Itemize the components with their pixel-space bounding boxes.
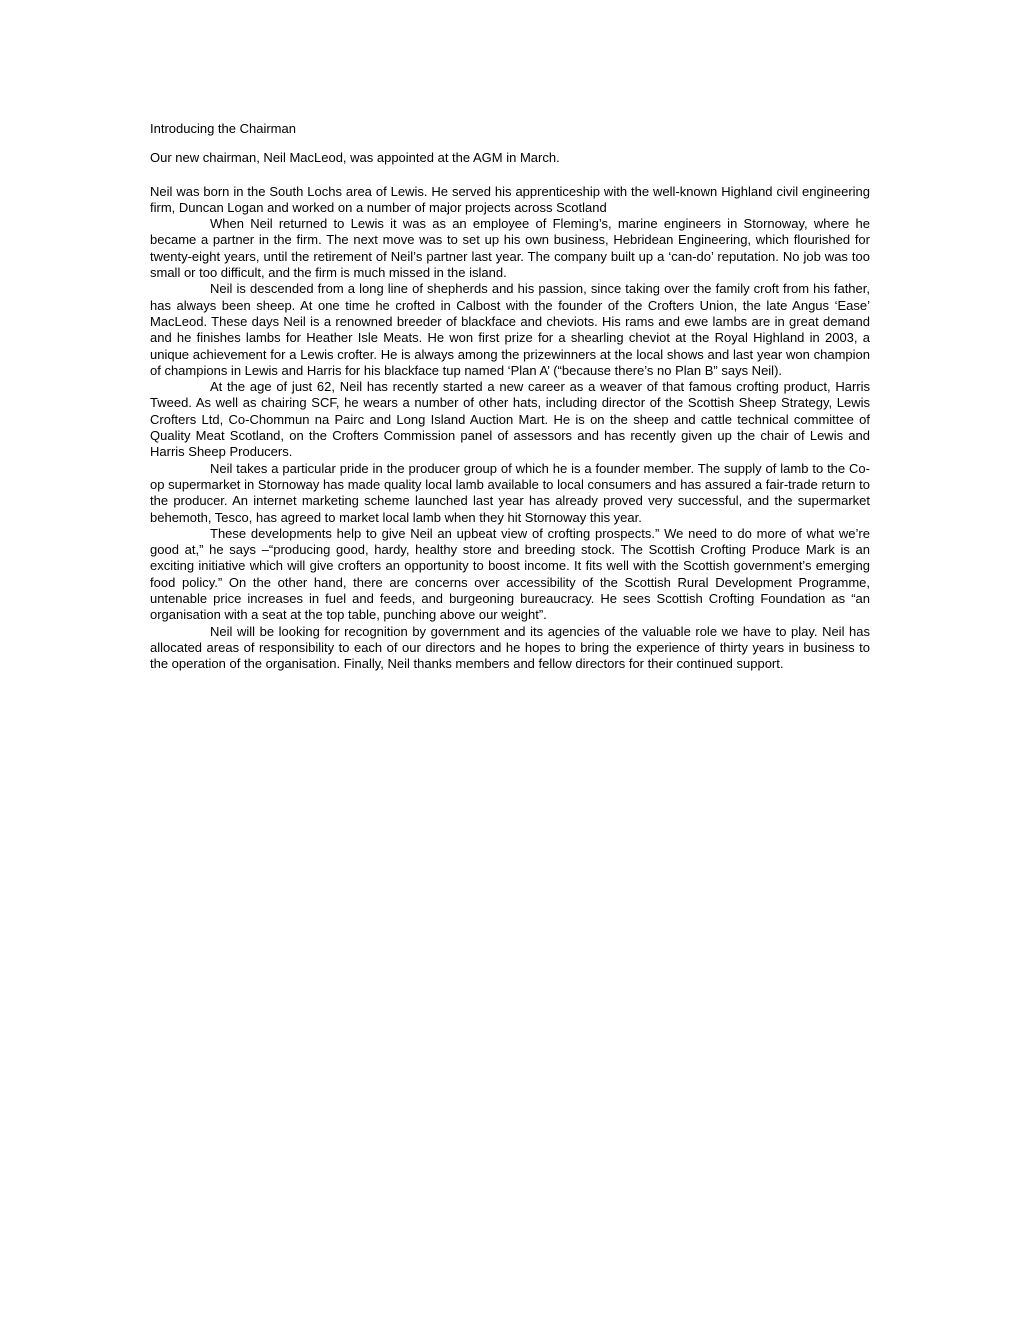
body-paragraph: Neil will be looking for recognition by … <box>150 624 870 673</box>
intro-paragraph: Our new chairman, Neil MacLeod, was appo… <box>150 150 870 166</box>
body-paragraph: Neil takes a particular pride in the pro… <box>150 461 870 526</box>
document-content: Introducing the Chairman Our new chairma… <box>150 121 870 673</box>
body-paragraph: When Neil returned to Lewis it was as an… <box>150 216 870 281</box>
document-title: Introducing the Chairman <box>150 121 870 137</box>
body-paragraph: Neil was born in the South Lochs area of… <box>150 184 870 217</box>
document-page: Introducing the Chairman Our new chairma… <box>0 0 1020 1320</box>
body-paragraph: Neil is descended from a long line of sh… <box>150 281 870 379</box>
body-paragraph: These developments help to give Neil an … <box>150 526 870 624</box>
body-paragraph: At the age of just 62, Neil has recently… <box>150 379 870 460</box>
